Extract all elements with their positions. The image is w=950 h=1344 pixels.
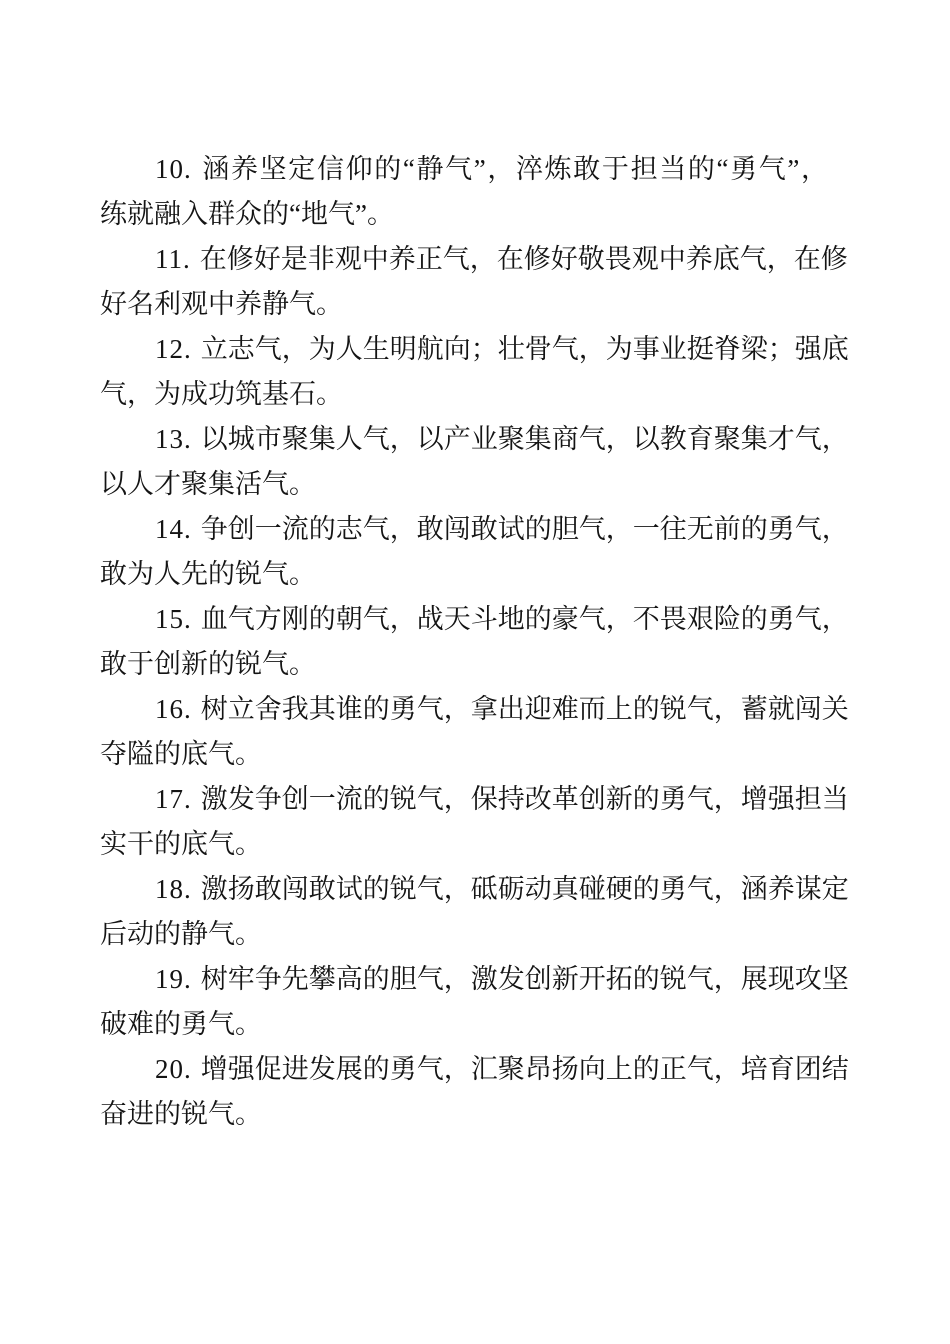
list-item-11: 11.在修好是非观中养正气，在修好敬畏观中养底气，在修 好名利观中养静气。	[100, 237, 828, 327]
list-item-15-line1: 15.血气方刚的朝气，战天斗地的豪气，不畏艰险的勇气，	[100, 597, 828, 642]
list-item-19-line2: 破难的勇气。	[100, 1002, 828, 1047]
list-item-13: 13.以城市聚集人气，以产业聚集商气，以教育聚集才气， 以人才聚集活气。	[100, 417, 828, 507]
list-item-20-line2: 奋进的锐气。	[100, 1092, 828, 1137]
list-item-19-number: 19.	[155, 964, 192, 994]
list-item-18-line2: 后动的静气。	[100, 912, 828, 957]
list-item-12: 12.立志气，为人生明航向；壮骨气，为事业挺脊梁；强底 气，为成功筑基石。	[100, 327, 828, 417]
list-item-13-number: 13.	[155, 424, 192, 454]
list-item-11-line2: 好名利观中养静气。	[100, 282, 828, 327]
list-item-10-number: 10.	[155, 154, 192, 184]
list-item-11-line1: 11.在修好是非观中养正气，在修好敬畏观中养底气，在修	[100, 237, 828, 282]
list-item-10: 10.涵养坚定信仰的“静气”，淬炼敢于担当的“勇气”， 练就融入群众的“地气”。	[100, 147, 828, 237]
list-item-15-line2: 敢于创新的锐气。	[100, 642, 828, 687]
document-page: 10.涵养坚定信仰的“静气”，淬炼敢于担当的“勇气”， 练就融入群众的“地气”。…	[0, 0, 950, 1344]
list-item-14-number: 14.	[155, 514, 192, 544]
list-item-11-number: 11.	[155, 244, 191, 274]
list-item-18-number: 18.	[155, 874, 192, 904]
list-item-17-line2: 实干的底气。	[100, 822, 828, 867]
list-item-18-text: 激扬敢闯敢试的锐气，砥砺动真碰硬的勇气，涵养谋定	[201, 874, 849, 904]
list-item-19: 19.树牢争先攀高的胆气，激发创新开拓的锐气，展现攻坚 破难的勇气。	[100, 957, 828, 1047]
list-item-12-number: 12.	[155, 334, 192, 364]
list-item-18: 18.激扬敢闯敢试的锐气，砥砺动真碰硬的勇气，涵养谋定 后动的静气。	[100, 867, 828, 957]
list-item-19-text: 树牢争先攀高的胆气，激发创新开拓的锐气，展现攻坚	[201, 964, 849, 994]
list-item-14-line1: 14.争创一流的志气，敢闯敢试的胆气，一往无前的勇气，	[100, 507, 828, 552]
list-item-13-line2: 以人才聚集活气。	[100, 462, 828, 507]
list-item-16-text: 树立舍我其谁的勇气，拿出迎难而上的锐气，蓄就闯关	[201, 694, 849, 724]
list-item-15: 15.血气方刚的朝气，战天斗地的豪气，不畏艰险的勇气， 敢于创新的锐气。	[100, 597, 828, 687]
list-item-18-line1: 18.激扬敢闯敢试的锐气，砥砺动真碰硬的勇气，涵养谋定	[100, 867, 828, 912]
list-item-10-line2: 练就融入群众的“地气”。	[100, 192, 828, 237]
list-item-17-text: 激发争创一流的锐气，保持改革创新的勇气，增强担当	[201, 784, 849, 814]
list-item-17: 17.激发争创一流的锐气，保持改革创新的勇气，增强担当 实干的底气。	[100, 777, 828, 867]
list-item-12-line1: 12.立志气，为人生明航向；壮骨气，为事业挺脊梁；强底	[100, 327, 828, 372]
list-item-11-text: 在修好是非观中养正气，在修好敬畏观中养底气，在修	[200, 244, 848, 274]
list-item-13-line1: 13.以城市聚集人气，以产业聚集商气，以教育聚集才气，	[100, 417, 828, 462]
list-item-13-text: 以城市聚集人气，以产业聚集商气，以教育聚集才气，	[201, 424, 849, 454]
list-item-16-line2: 夺隘的底气。	[100, 732, 828, 777]
list-item-10-line1: 10.涵养坚定信仰的“静气”，淬炼敢于担当的“勇气”，	[100, 147, 828, 192]
list-item-19-line1: 19.树牢争先攀高的胆气，激发创新开拓的锐气，展现攻坚	[100, 957, 828, 1002]
list-item-17-number: 17.	[155, 784, 192, 814]
list-item-20-text: 增强促进发展的勇气，汇聚昂扬向上的正气，培育团结	[201, 1054, 849, 1084]
document-text-block: 10.涵养坚定信仰的“静气”，淬炼敢于担当的“勇气”， 练就融入群众的“地气”。…	[100, 147, 828, 1137]
list-item-16-number: 16.	[155, 694, 192, 724]
list-item-12-text: 立志气，为人生明航向；壮骨气，为事业挺脊梁；强底	[201, 334, 849, 364]
list-item-14-text: 争创一流的志气，敢闯敢试的胆气，一往无前的勇气，	[201, 514, 849, 544]
list-item-20-line1: 20.增强促进发展的勇气，汇聚昂扬向上的正气，培育团结	[100, 1047, 828, 1092]
list-item-14: 14.争创一流的志气，敢闯敢试的胆气，一往无前的勇气， 敢为人先的锐气。	[100, 507, 828, 597]
list-item-16-line1: 16.树立舍我其谁的勇气，拿出迎难而上的锐气，蓄就闯关	[100, 687, 828, 732]
list-item-12-line2: 气，为成功筑基石。	[100, 372, 828, 417]
list-item-20: 20.增强促进发展的勇气，汇聚昂扬向上的正气，培育团结 奋进的锐气。	[100, 1047, 828, 1137]
list-item-14-line2: 敢为人先的锐气。	[100, 552, 828, 597]
list-item-10-text: 涵养坚定信仰的“静气”，淬炼敢于担当的“勇气”，	[201, 154, 828, 184]
list-item-15-number: 15.	[155, 604, 192, 634]
list-item-17-line1: 17.激发争创一流的锐气，保持改革创新的勇气，增强担当	[100, 777, 828, 822]
list-item-16: 16.树立舍我其谁的勇气，拿出迎难而上的锐气，蓄就闯关 夺隘的底气。	[100, 687, 828, 777]
list-item-15-text: 血气方刚的朝气，战天斗地的豪气，不畏艰险的勇气，	[201, 604, 849, 634]
list-item-20-number: 20.	[155, 1054, 192, 1084]
